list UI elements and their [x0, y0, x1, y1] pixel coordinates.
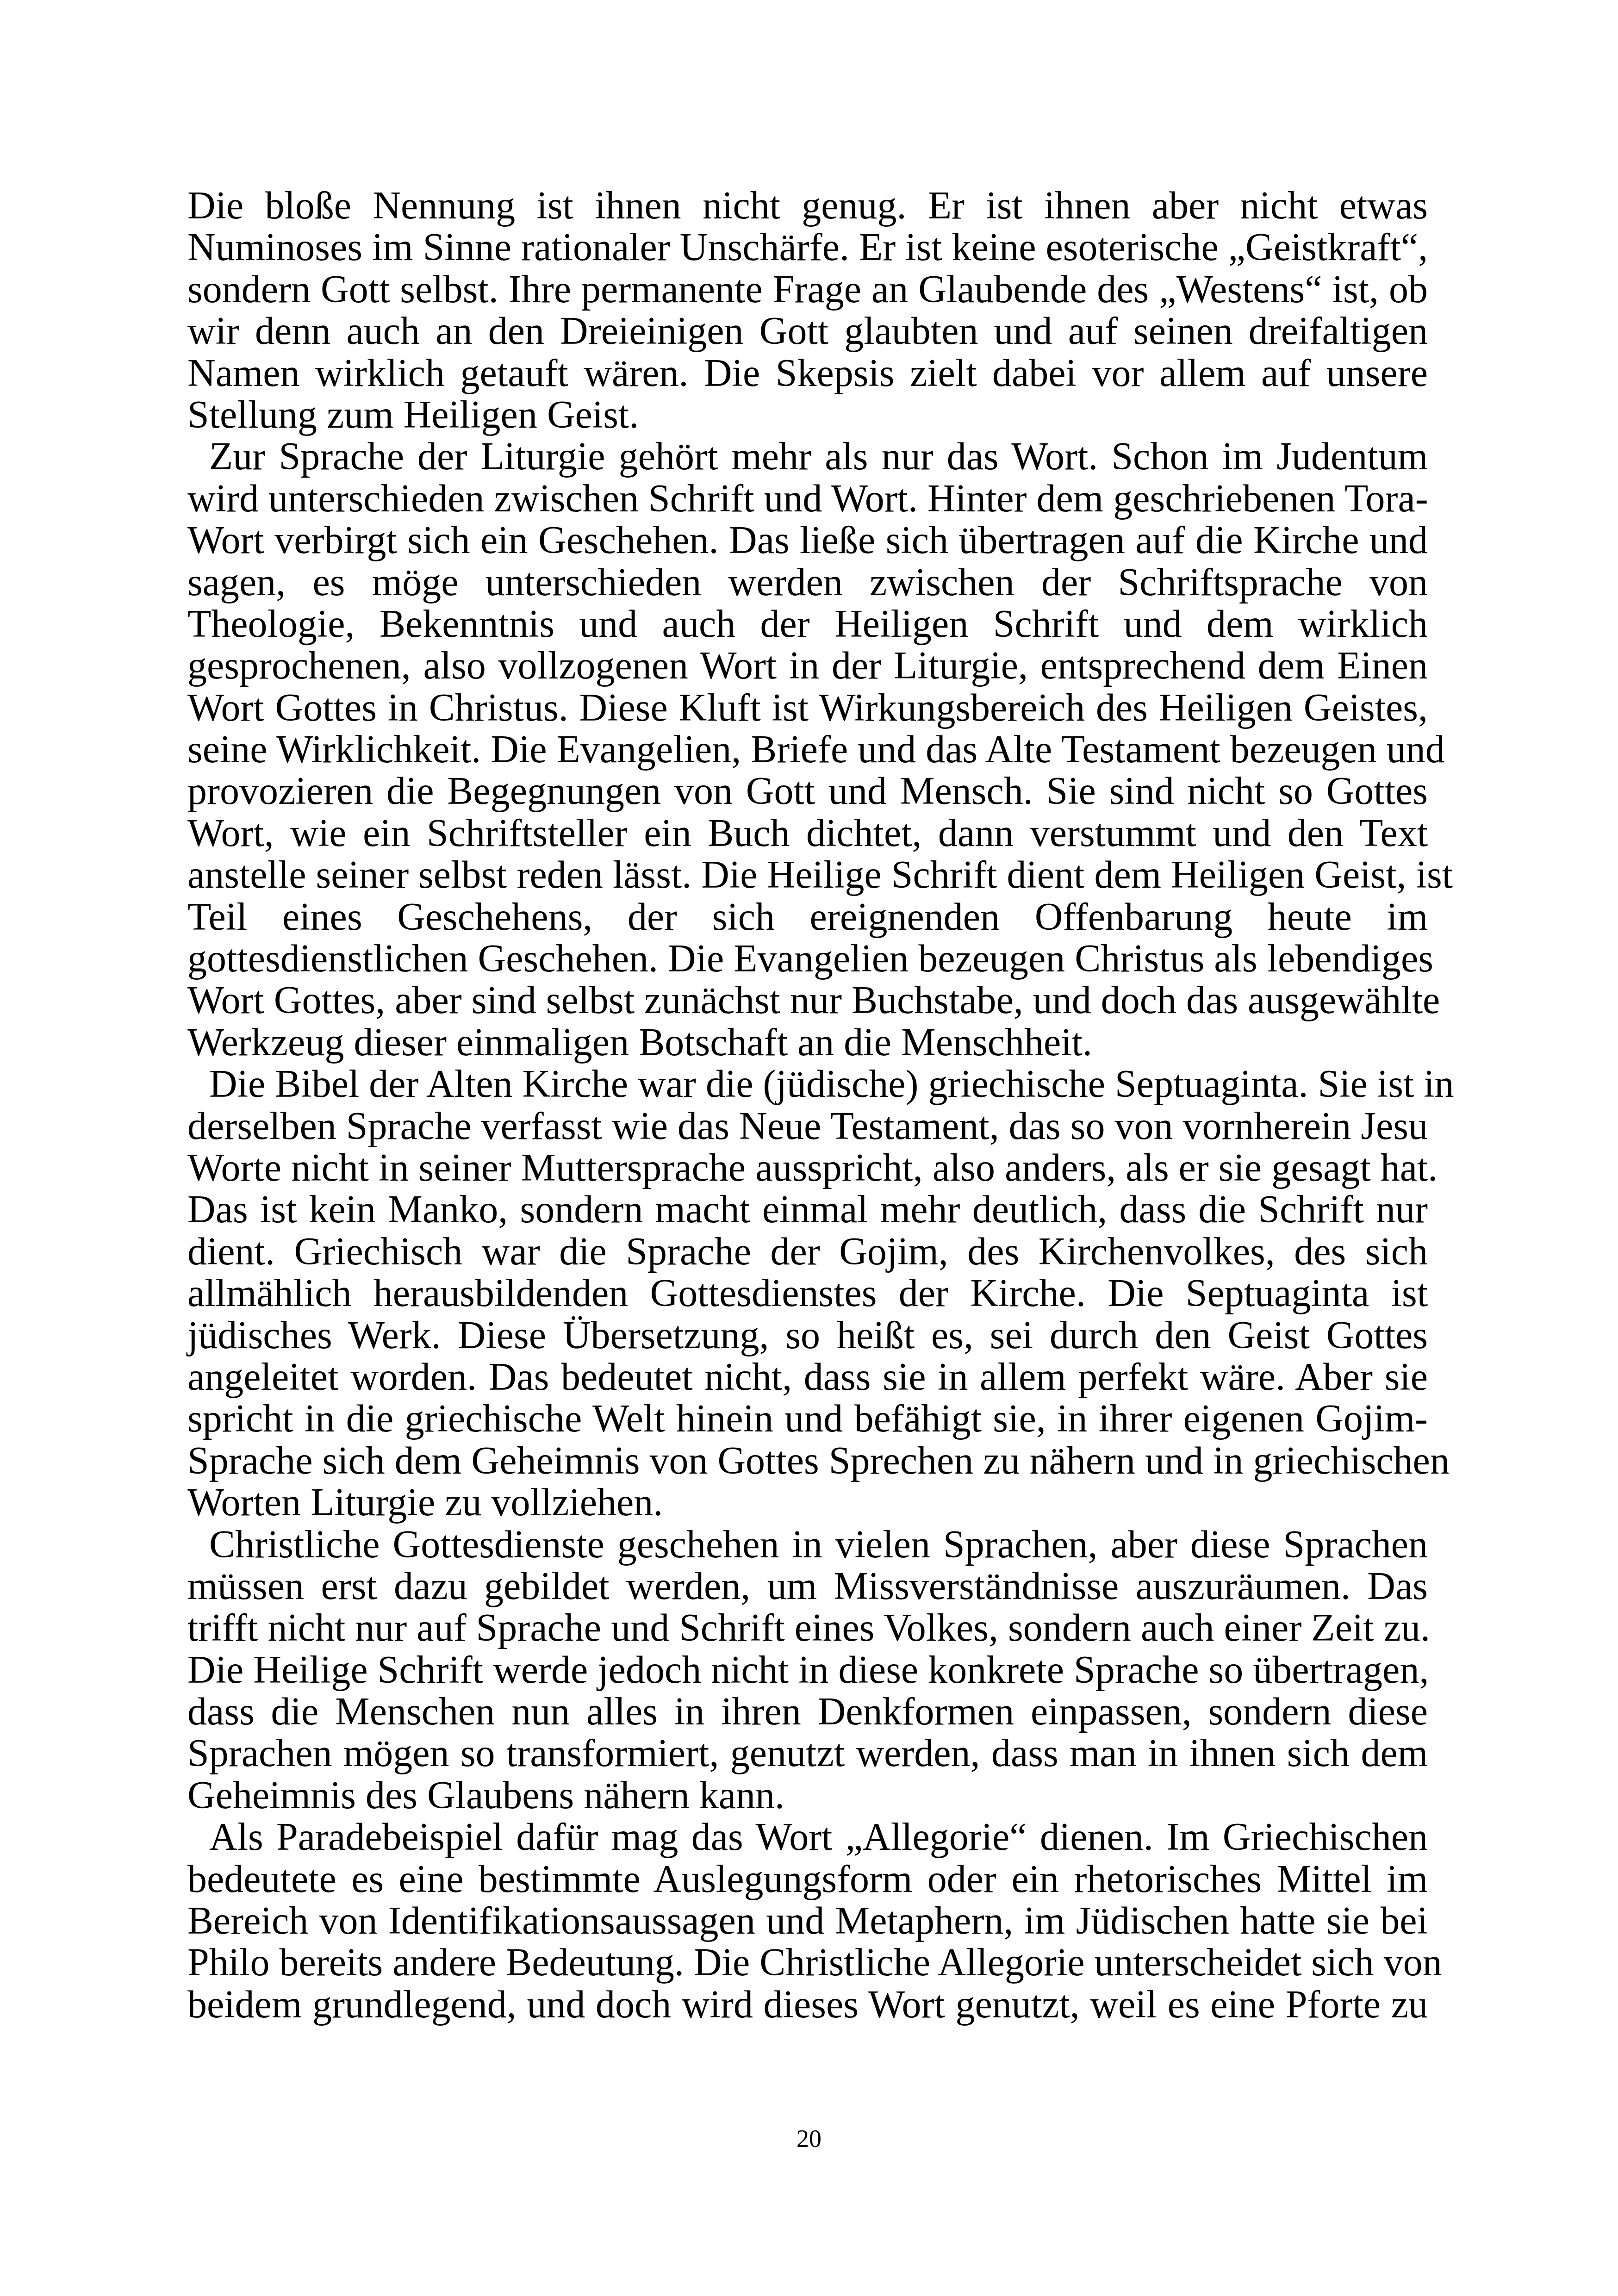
- text-line: Bereich von Identifikationsaussagen und …: [187, 1900, 1428, 1942]
- text-line: wir denn auch an den Dreieinigen Gott gl…: [187, 311, 1428, 352]
- text-line: Namen wirklich getauft wären. Die Skepsi…: [187, 353, 1428, 394]
- text-line: sagen, es möge unterschieden werden zwis…: [187, 562, 1428, 604]
- text-line: Christliche Gottesdienste geschehen in v…: [187, 1524, 1428, 1566]
- paragraph-4: Christliche Gottesdienste geschehen in v…: [187, 1524, 1428, 1817]
- text-line: Das ist kein Manko, sondern macht einmal…: [187, 1189, 1428, 1231]
- paragraph-5: Als Paradebeispiel dafür mag das Wort „A…: [187, 1817, 1428, 2026]
- text-line: Geheimnis des Glaubens nähern kann.: [187, 1775, 1428, 1817]
- text-line: trifft nicht nur auf Sprache und Schrift…: [187, 1607, 1428, 1649]
- text-line: allmählich herausbildenden Gottesdienste…: [187, 1273, 1428, 1314]
- text-line: Philo bereits andere Bedeutung. Die Chri…: [187, 1942, 1428, 1984]
- text-line: bedeutete es eine bestimmte Auslegungsfo…: [187, 1859, 1428, 1900]
- text-line: Wort verbirgt sich ein Geschehen. Das li…: [187, 520, 1428, 561]
- text-line: provozieren die Begegnungen von Gott und…: [187, 771, 1428, 812]
- text-line: jüdisches Werk. Diese Übersetzung, so he…: [187, 1315, 1428, 1356]
- text-line: wird unterschieden zwischen Schrift und …: [187, 478, 1428, 520]
- text-line: Sprache sich dem Geheimnis von Gottes Sp…: [187, 1440, 1428, 1482]
- text-line: angeleitet worden. Das bedeutet nicht, d…: [187, 1356, 1428, 1398]
- text-line: Wort Gottes in Christus. Diese Kluft ist…: [187, 687, 1428, 729]
- text-line: Worten Liturgie zu vollziehen.: [187, 1482, 1428, 1524]
- text-line: gesprochenen, also vollzogenen Wort in d…: [187, 645, 1428, 687]
- text-line: gottesdienstlichen Geschehen. Die Evange…: [187, 938, 1428, 980]
- paragraph-1: Die bloße Nennung ist ihnen nicht genug.…: [187, 185, 1428, 436]
- text-line: anstelle seiner selbst reden lässt. Die …: [187, 854, 1428, 896]
- text-line: Wort Gottes, aber sind selbst zunächst n…: [187, 980, 1428, 1021]
- text-line: Worte nicht in seiner Muttersprache auss…: [187, 1147, 1428, 1189]
- paragraph-2: Zur Sprache der Liturgie gehört mehr als…: [187, 436, 1428, 1064]
- text-line: beidem grundlegend, und doch wird dieses…: [187, 1984, 1428, 2026]
- text-line: Zur Sprache der Liturgie gehört mehr als…: [187, 436, 1428, 478]
- text-line: derselben Sprache verfasst wie das Neue …: [187, 1106, 1428, 1147]
- text-line: Numinoses im Sinne rationaler Unschärfe.…: [187, 227, 1428, 268]
- text-line: spricht in die griechische Welt hinein u…: [187, 1398, 1428, 1440]
- text-line: dient. Griechisch war die Sprache der Go…: [187, 1231, 1428, 1273]
- text-line: sondern Gott selbst. Ihre permanente Fra…: [187, 269, 1428, 311]
- text-line: Theologie, Bekenntnis und auch der Heili…: [187, 604, 1428, 645]
- text-line: Als Paradebeispiel dafür mag das Wort „A…: [187, 1817, 1428, 1858]
- text-line: Werkzeug dieser einmaligen Botschaft an …: [187, 1022, 1428, 1064]
- text-line: dass die Menschen nun alles in ihren Den…: [187, 1691, 1428, 1733]
- paragraph-3: Die Bibel der Alten Kirche war die (jüdi…: [187, 1064, 1428, 1524]
- text-line: Wort, wie ein Schriftsteller ein Buch di…: [187, 813, 1428, 854]
- document-page: Die bloße Nennung ist ihnen nicht genug.…: [0, 0, 1618, 2296]
- text-line: Die Bibel der Alten Kirche war die (jüdi…: [187, 1064, 1428, 1105]
- text-line: seine Wirklichkeit. Die Evangelien, Brie…: [187, 729, 1428, 771]
- text-line: Die Heilige Schrift werde jedoch nicht i…: [187, 1649, 1428, 1691]
- text-line: müssen erst dazu gebildet werden, um Mis…: [187, 1566, 1428, 1607]
- text-line: Die bloße Nennung ist ihnen nicht genug.…: [187, 185, 1428, 227]
- text-line: Sprachen mögen so transformiert, genutzt…: [187, 1733, 1428, 1774]
- body-text: Die bloße Nennung ist ihnen nicht genug.…: [187, 185, 1428, 2026]
- text-line: Stellung zum Heiligen Geist.: [187, 394, 1428, 436]
- text-line: Teil eines Geschehens, der sich ereignen…: [187, 896, 1428, 938]
- page-number: 20: [0, 2122, 1618, 2155]
